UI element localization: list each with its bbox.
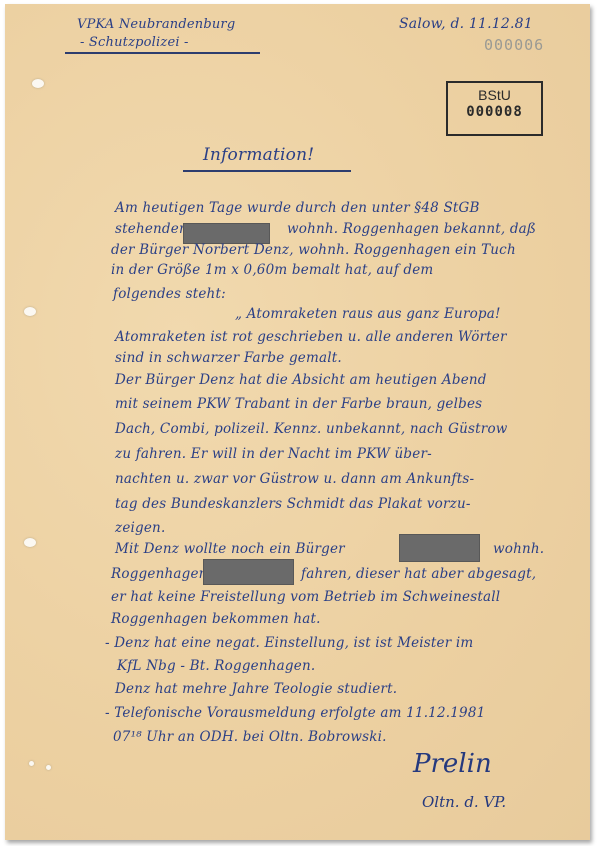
body-line: „ Atomraketen raus aus ganz Europa! [235, 306, 501, 322]
stamp-number: 000008 [448, 104, 541, 120]
body-line: er hat keine Freistellung vom Betrieb im… [111, 589, 500, 605]
punch-hole [46, 765, 51, 770]
header-unit: VPKA Neubrandenburg [77, 17, 235, 32]
place-date: Salow, d. 11.12.81 [399, 16, 533, 32]
document-page: VPKA Neubrandenburg - Schutzpolizei - Sa… [5, 4, 590, 840]
body-line: Roggenhagen bekommen hat. [111, 611, 321, 627]
signature: Prelin [413, 749, 492, 779]
body-line: folgendes steht: [113, 286, 226, 302]
body-line: in der Größe 1m x 0,60m bemalt hat, auf … [111, 262, 433, 278]
body-line: zu fahren. Er will in der Nacht im PKW ü… [115, 446, 432, 462]
body-line: fahren, dieser hat aber abgesagt, [301, 566, 536, 582]
header-department: - Schutzpolizei - [80, 35, 189, 50]
archive-number: 000006 [484, 36, 544, 54]
header-underline [65, 52, 260, 54]
body-line: KfL Nbg - Bt. Roggenhagen. [117, 658, 315, 674]
punch-hole [32, 79, 44, 88]
body-line: stehenden [115, 221, 188, 237]
body-line: der Bürger Norbert Denz, wohnh. Roggenha… [111, 242, 516, 258]
body-line: Am heutigen Tage wurde durch den unter §… [115, 200, 480, 216]
body-line: - Telefonische Vorausmeldung erfolgte am… [105, 705, 485, 721]
redaction-box [203, 559, 294, 585]
body-line: Der Bürger Denz hat die Absicht am heuti… [115, 372, 487, 388]
body-line: Denz hat mehre Jahre Teologie studiert. [115, 681, 397, 697]
body-line: Roggenhagen, [111, 566, 212, 582]
title-underline [183, 170, 351, 172]
stamp-label: BStU [448, 87, 541, 103]
punch-hole [24, 538, 36, 547]
punch-hole [29, 761, 34, 766]
body-line: tag des Bundeskanzlers Schmidt das Plaka… [115, 496, 471, 512]
redaction-box [183, 223, 270, 244]
body-line: - Denz hat eine negat. Einstellung, ist … [105, 635, 473, 651]
body-line: wohnh. Roggenhagen bekannt, daß [287, 221, 536, 237]
body-line: Dach, Combi, polizeil. Kennz. unbekannt,… [115, 421, 508, 437]
redaction-box [399, 534, 480, 562]
body-line: mit seinem PKW Trabant in der Farbe brau… [115, 396, 482, 412]
signature-rank: Oltn. d. VP. [422, 793, 506, 811]
body-line: Atomraketen ist rot geschrieben u. alle … [115, 329, 507, 345]
punch-hole [24, 307, 36, 316]
body-line: sind in schwarzer Farbe gemalt. [115, 350, 342, 366]
body-line: 07¹⁸ Uhr an ODH. bei Oltn. Bobrowski. [113, 729, 387, 745]
body-line: Mit Denz wollte noch ein Bürger [115, 541, 345, 557]
page-title: Information! [203, 145, 314, 165]
body-line: zeigen. [115, 520, 165, 536]
body-line: wohnh. [493, 541, 544, 557]
body-line: nachten u. zwar vor Güstrow u. dann am A… [115, 471, 474, 487]
bstu-stamp: BStU 000008 [446, 81, 543, 136]
